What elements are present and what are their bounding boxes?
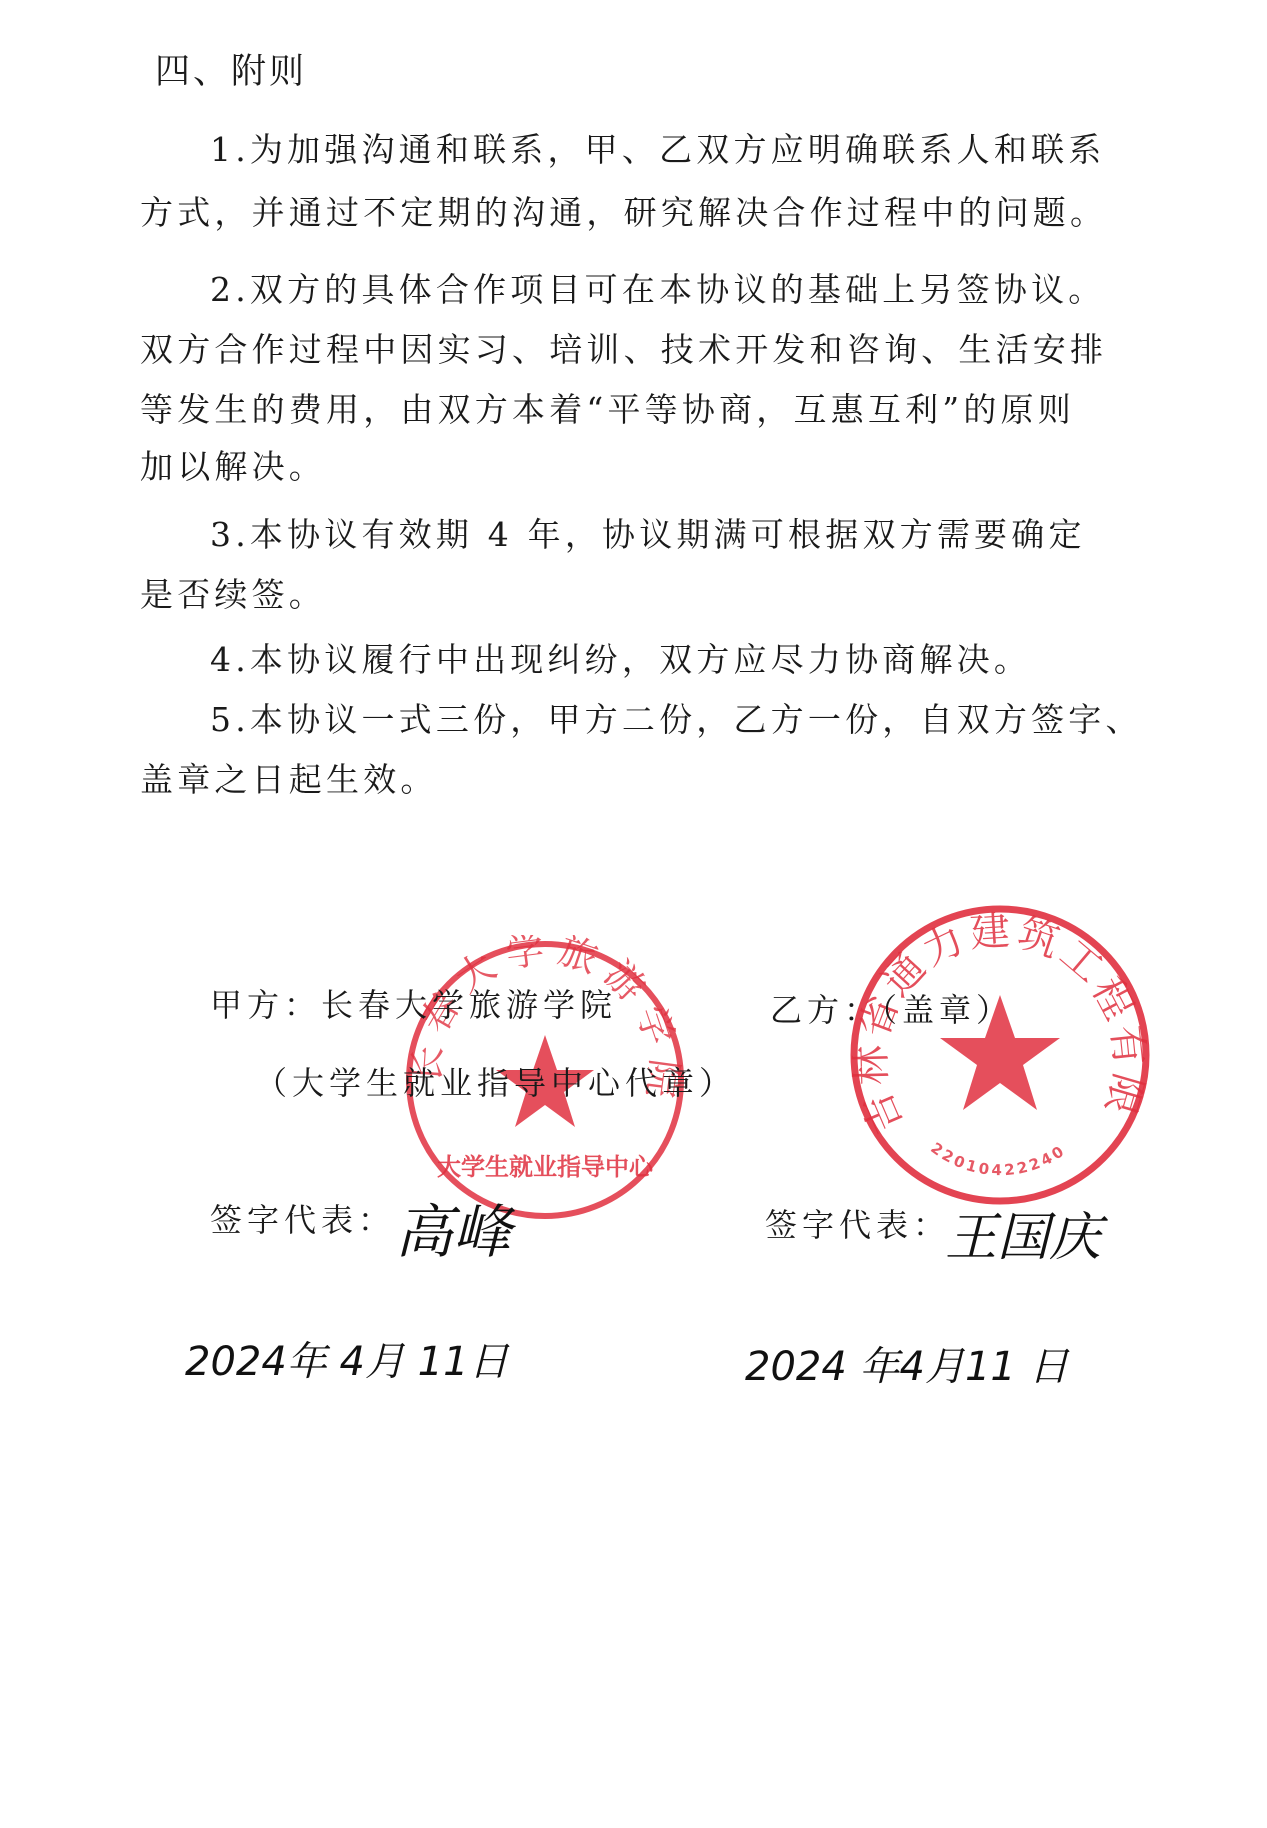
party-b-official-seal: 吉林省通力建筑工程有限公司 2201042224024 (845, 900, 1155, 1210)
party-a-handwritten-signature: 高峰 (395, 1185, 511, 1269)
clause-line: 加以解决。 (140, 447, 326, 487)
party-a-signature-label: 签字代表： (210, 1200, 395, 1240)
clause-line: 等发生的费用，由双方本着“平等协商，互惠互利”的原则 (140, 390, 1075, 430)
clause-line: 2.双方的具体合作项目可在本协议的基础上另签协议。 (210, 270, 1106, 310)
clause-line: 盖章之日起生效。 (140, 760, 438, 800)
section-heading: 四、附则 (155, 52, 307, 92)
party-b-handwritten-signature: 王国庆 (945, 1195, 1101, 1270)
party-a-label: 甲方：长春大学旅游学院 (210, 985, 617, 1025)
svg-text:2201042224024: 2201042224024 (845, 900, 1070, 1179)
clause-line: 是否续签。 (140, 575, 326, 615)
party-b-signature-label: 签字代表： (765, 1205, 950, 1245)
clause-line: 方式，并通过不定期的沟通，研究解决合作过程中的问题。 (140, 193, 1107, 233)
clause-line: 3.本协议有效期 4 年，协议期满可根据双方需要确定 (210, 515, 1086, 555)
clause-line: 4.本协议履行中出现纠纷，双方应尽力协商解决。 (210, 640, 1031, 680)
clause-line: 双方合作过程中因实习、培训、技术开发和咨询、生活安排 (140, 330, 1107, 370)
party-a-sublabel: （大学生就业指导中心代章） (255, 1063, 736, 1103)
clause-line: 1.为加强沟通和联系，甲、乙双方应明确联系人和联系 (210, 130, 1106, 170)
svg-text:大学生就业指导中心: 大学生就业指导中心 (437, 1153, 654, 1181)
party-a-handwritten-date: 2024年 4月 11日 (185, 1330, 509, 1387)
party-b-handwritten-date: 2024 年4月11 日 (745, 1335, 1069, 1392)
party-b-label: 乙方：（盖章） (770, 990, 1013, 1030)
clause-line: 5.本协议一式三份，甲方二份，乙方一份，自双方签字、 (210, 700, 1143, 740)
